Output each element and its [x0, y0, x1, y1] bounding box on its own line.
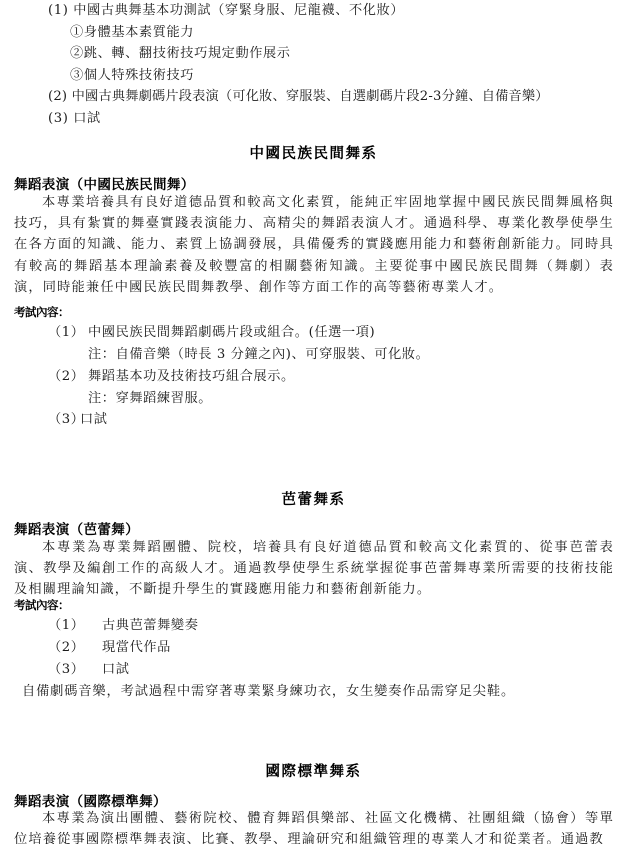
exam-subitem-1: ①身體基本素質能力	[70, 25, 194, 41]
section-heading-ballroom: 國際標準舞系	[0, 760, 627, 781]
section-subheading-ballroom: 舞蹈表演（國際標準舞）	[14, 790, 167, 810]
section-heading-folk-dance: 中國民族民間舞系	[0, 142, 627, 163]
exam-subitem-2: ②跳、轉、翻技術技巧規定動作展示	[70, 46, 291, 62]
exam-item-text: 舞蹈基本功及技術技巧組合展示。	[88, 369, 295, 385]
exam-item-3: (3) 口試	[48, 111, 101, 127]
section-subheading-ballet: 舞蹈表演（芭蕾舞）	[14, 518, 139, 538]
section-description-ballroom: 本專業為演出團體、藝術院校、體育舞蹈俱樂部、社區文化機構、社團組織（協會）等單位…	[14, 808, 614, 844]
exam-item-number: （2）	[48, 369, 85, 385]
exam-item-text: 口試	[80, 412, 108, 428]
section-description-folk-dance: 本專業培養具有良好道德品質和較高文化素質，能純正牢固地掌握中國民族民間舞風格與技…	[14, 192, 614, 298]
exam-item-note: 注：穿舞蹈練習服。	[88, 391, 212, 407]
exam-item-1: (1) 中國古典舞基本功測試（穿緊身服、尼龍襪、不化妝）	[48, 3, 404, 19]
exam-item-number: （2）	[48, 640, 85, 656]
exam-item-text: 中國民族民間舞蹈劇碼片段或組合。(任選一項)	[88, 325, 375, 341]
section-heading-ballet: 芭蕾舞系	[0, 488, 627, 509]
section-footnote-ballet: 自備劇碼音樂，考試過程中需穿著專業緊身練功衣，女生變奏作品需穿足尖鞋。	[22, 684, 515, 700]
exam-content-label: 考試內容：	[14, 597, 69, 613]
exam-item-text: 現當代作品	[102, 640, 171, 656]
exam-item-note: 注：自備音樂（時長 3 分鐘之內)、可穿服裝、可化妝。	[88, 347, 429, 363]
exam-item-text: 口試	[102, 662, 130, 678]
section-subheading-folk-dance: 舞蹈表演（中國民族民間舞）	[14, 173, 195, 193]
exam-item-number: （1）	[48, 618, 85, 634]
exam-item-2: (2) 中國古典舞劇碼片段表演（可化妝、穿服裝、自選劇碼片段2-3分鐘、自備音樂…	[48, 89, 549, 105]
exam-content-label: 考試內容：	[14, 304, 69, 320]
exam-item-text: 古典芭蕾舞變奏	[102, 618, 199, 634]
exam-item-number: （1）	[48, 325, 85, 341]
exam-item-number: （3）	[48, 662, 85, 678]
exam-subitem-3: ③個人特殊技術技巧	[70, 68, 194, 84]
section-description-ballet: 本專業為專業舞蹈團體、院校，培養具有良好道德品質和較高文化素質的、從事芭蕾表演、…	[14, 537, 614, 601]
